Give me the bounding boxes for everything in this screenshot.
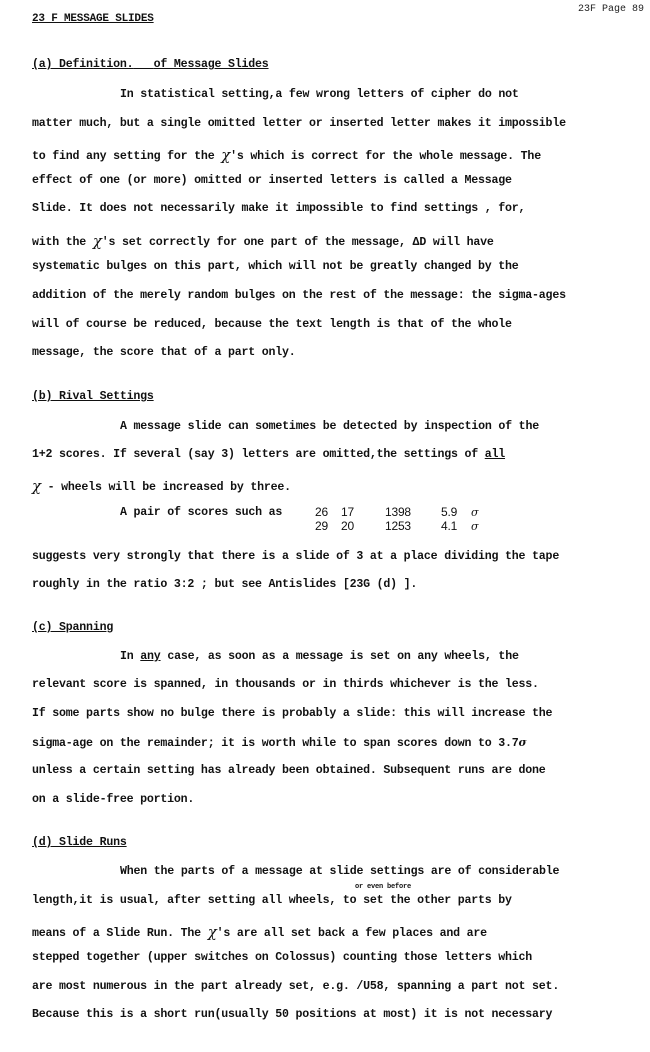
- paragraph-line: Slide. It does not necessarily make it i…: [32, 202, 525, 215]
- paragraph-line: addition of the merely random bulges on …: [32, 289, 566, 302]
- paragraph-line: roughly in the ratio 3:2 ; but see Antis…: [32, 578, 417, 591]
- paragraph-line: In statistical setting,a few wrong lette…: [120, 88, 519, 101]
- section-a-heading-part2: of Message Slides: [154, 58, 269, 71]
- paragraph-line: on a slide-free portion.: [32, 793, 194, 806]
- section-d-heading: (d) Slide Runs: [32, 836, 127, 849]
- paragraph-line: χ - wheels will be increased by three.: [32, 476, 291, 494]
- sigma-symbol: σ: [519, 736, 527, 749]
- score-row: 261713985.9σ: [315, 505, 478, 519]
- paragraph-line: means of a Slide Run. The χ's are all se…: [32, 922, 487, 940]
- chi-symbol: χ: [208, 923, 217, 941]
- paragraph-line: relevant score is spanned, in thousands …: [32, 678, 539, 691]
- paragraph-line: When the parts of a message at slide set…: [120, 865, 559, 878]
- paragraph-line: matter much, but a single omitted letter…: [32, 117, 566, 130]
- handwritten-insertion: or even before: [355, 883, 411, 891]
- paragraph-line: A pair of scores such as: [120, 506, 282, 519]
- emphasis-all: all: [485, 448, 505, 461]
- paragraph-line: unless a certain setting has already bee…: [32, 764, 546, 777]
- paragraph-line: stepped together (upper switches on Colo…: [32, 951, 532, 964]
- paragraph-line: suggests very strongly that there is a s…: [32, 550, 559, 563]
- section-c-heading: (c) Spanning: [32, 621, 113, 634]
- page-label: 23F Page 89: [578, 4, 644, 15]
- paragraph-line: are most numerous in the part already se…: [32, 980, 559, 993]
- score-row: 292012534.1σ: [315, 519, 478, 533]
- paragraph-line: In any case, as soon as a message is set…: [120, 650, 519, 663]
- emphasis-any: any: [140, 650, 160, 663]
- page-title: 23 F MESSAGE SLIDES: [32, 13, 154, 25]
- paragraph-line: will of course be reduced, because the t…: [32, 318, 512, 331]
- paragraph-line: 1+2 scores. If several (say 3) letters a…: [32, 448, 505, 461]
- chi-symbol: χ: [32, 477, 41, 495]
- paragraph-line: with the χ's set correctly for one part …: [32, 231, 494, 249]
- chi-symbol: χ: [221, 146, 230, 164]
- paragraph-line: effect of one (or more) omitted or inser…: [32, 174, 512, 187]
- section-a-heading: (a) Definition. of Message Slides: [32, 58, 269, 71]
- paragraph-line: A message slide can sometimes be detecte…: [120, 420, 539, 433]
- paragraph-line: to find any setting for the χ's which is…: [32, 145, 541, 163]
- paragraph-line: Because this is a short run(usually 50 p…: [32, 1008, 552, 1021]
- chi-symbol: χ: [93, 232, 102, 250]
- sigma-symbol: σ: [471, 520, 478, 533]
- paragraph-line: sigma-age on the remainder; it is worth …: [32, 736, 526, 750]
- paragraph-line: length,it is usual, after setting all wh…: [32, 894, 512, 907]
- section-a-heading-part1: (a) Definition.: [32, 58, 133, 71]
- paragraph-line: systematic bulges on this part, which wi…: [32, 260, 519, 273]
- paragraph-line: message, the score that of a part only.: [32, 346, 296, 359]
- section-b-heading: (b) Rival Settings: [32, 390, 154, 403]
- paragraph-line: If some parts show no bulge there is pro…: [32, 707, 552, 720]
- sigma-symbol: σ: [471, 506, 478, 519]
